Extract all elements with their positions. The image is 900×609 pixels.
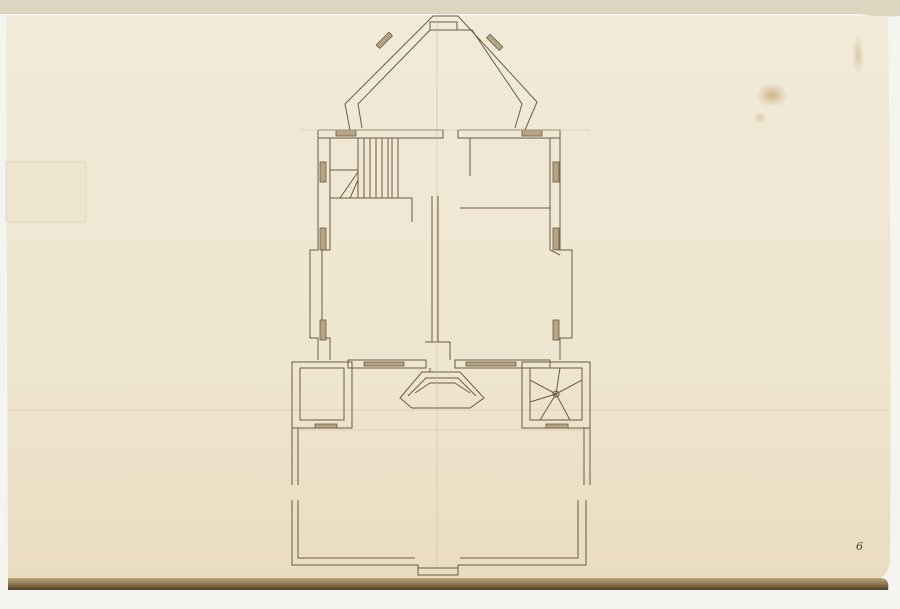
paper-sheet [6,16,891,582]
floor-plan-drawing [0,0,900,609]
stain [756,83,788,107]
paper-patch [6,162,86,222]
folio-mark: 6 [856,540,863,553]
scanned-sheet: 6 [0,0,900,609]
book-edge [8,578,888,590]
